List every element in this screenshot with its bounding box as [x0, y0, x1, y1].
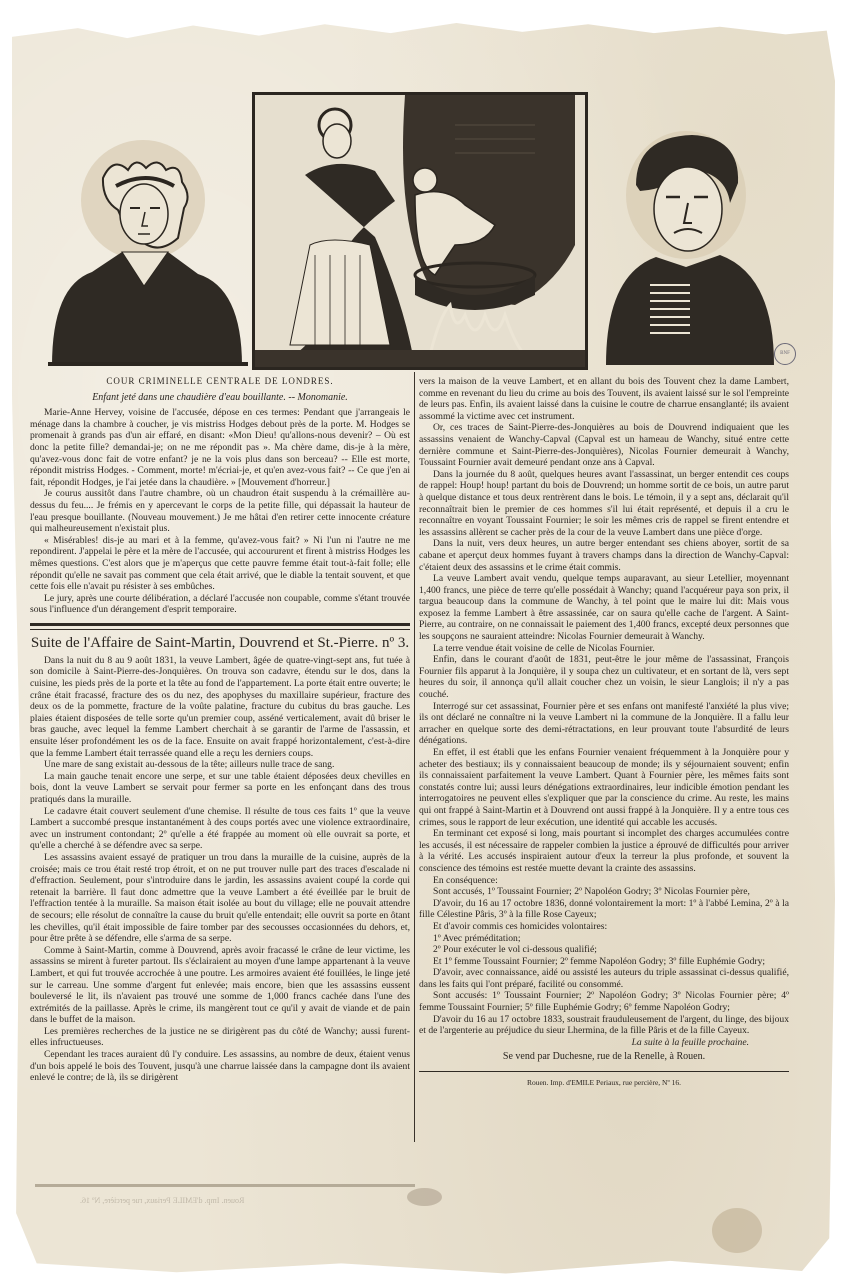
printer-rule — [419, 1071, 789, 1072]
paragraph: Et 1º femme Toussaint Fournier; 2º femme… — [419, 956, 789, 968]
continued-notice: La suite à la feuille prochaine. — [419, 1037, 789, 1049]
paragraph: En terminant cet exposé si long, mais po… — [419, 828, 789, 874]
woodcut-scene-frame — [252, 92, 588, 370]
right-column: vers la maison de la veuve Lambert, et e… — [419, 376, 789, 1089]
section-rule — [30, 629, 410, 630]
paragraph: La veuve Lambert avait vendu, quelque te… — [419, 573, 789, 643]
article2-heading: Suite de l'Affaire de Saint-Martin, Douv… — [30, 634, 410, 652]
paragraph: D'avoir, du 16 au 17 octobre 1836, donné… — [419, 898, 789, 921]
paragraph: Le jury, après une courte délibération, … — [30, 593, 410, 616]
paragraph: Marie-Anne Hervey, voisine de l'accusée,… — [30, 407, 410, 488]
woodcut-portrait-man-icon — [596, 125, 786, 365]
paragraph: 2º Pour exécuter le vol ci-dessous quali… — [419, 944, 789, 956]
paragraph: Et d'avoir commis ces homicides volontai… — [419, 921, 789, 933]
paragraph: Or, ces traces de Saint-Pierre-des-Jonqu… — [419, 422, 789, 468]
paragraph: Interrogé sur cet assassinat, Fournier p… — [419, 701, 789, 747]
paragraph: Dans la nuit du 8 au 9 août 1831, la veu… — [30, 655, 410, 759]
paragraph: Les assassins avaient essayé de pratique… — [30, 852, 410, 945]
paragraph: Je courus aussitôt dans l'autre chambre,… — [30, 488, 410, 534]
paragraph: Le cadavre était couvert seulement d'une… — [30, 806, 410, 852]
show-through-text: Rouen. Imp. d'EMILE Periaux, rue percièr… — [80, 1196, 244, 1205]
paragraph: Dans la nuit, vers deux heures, un autre… — [419, 538, 789, 573]
continued-text: La suite à la feuille prochaine. — [632, 1037, 749, 1048]
paragraph: La terre vendue était voisine de celle d… — [419, 643, 789, 655]
article1-subheading: Enfant jeté dans une chaudière d'eau bou… — [30, 392, 410, 404]
paragraph: Les premières recherches de la justice n… — [30, 1026, 410, 1049]
column-divider — [414, 372, 415, 1142]
paragraph: Cependant les traces auraient dû l'y con… — [30, 1049, 410, 1084]
paragraph: D'avoir du 16 au 17 octobre 1833, soustr… — [419, 1014, 789, 1037]
paragraph: En conséquence: — [419, 875, 789, 887]
stain — [712, 1208, 762, 1253]
woodcut-cauldron-scene-icon — [255, 95, 585, 367]
woodcut-portrait-woman-icon — [48, 130, 248, 366]
paragraph: vers la maison de la veuve Lambert, et e… — [419, 376, 789, 422]
printer-imprint: Rouen. Imp. d'EMILE Periaux, rue percièr… — [419, 1077, 789, 1089]
paragraph: Comme à Saint-Martin, comme à Douvrend, … — [30, 945, 410, 1026]
paragraph: Sont accusés, 1º Toussaint Fournier; 2º … — [419, 886, 789, 898]
paragraph: « Misérables! dis-je au mari et à la fem… — [30, 535, 410, 593]
stain — [407, 1188, 442, 1206]
sale-notice: Se vend par Duchesne, rue de la Renelle,… — [419, 1051, 789, 1063]
paragraph: D'avoir, avec connaissance, aidé ou assi… — [419, 967, 789, 990]
paragraph: Dans la journée du 8 août, quelques heur… — [419, 469, 789, 539]
left-column: COUR CRIMINELLE CENTRALE DE LONDRES. Enf… — [30, 376, 410, 1084]
paragraph: Enfin, dans le courant d'août de 1831, p… — [419, 654, 789, 700]
bottom-rule — [35, 1184, 415, 1187]
library-stamp: BNF — [774, 343, 796, 365]
article1-heading: COUR CRIMINELLE CENTRALE DE LONDRES. — [30, 376, 410, 388]
paragraph: 1º Avec préméditation; — [419, 933, 789, 945]
paragraph: Sont accusés: 1º Toussaint Fournier; 2º … — [419, 990, 789, 1013]
section-rule — [30, 623, 410, 626]
paragraph: En effet, il est établi que les enfans F… — [419, 747, 789, 828]
paragraph: La main gauche tenait encore une serpe, … — [30, 771, 410, 806]
paragraph: Une mare de sang existait au-dessous de … — [30, 759, 410, 771]
